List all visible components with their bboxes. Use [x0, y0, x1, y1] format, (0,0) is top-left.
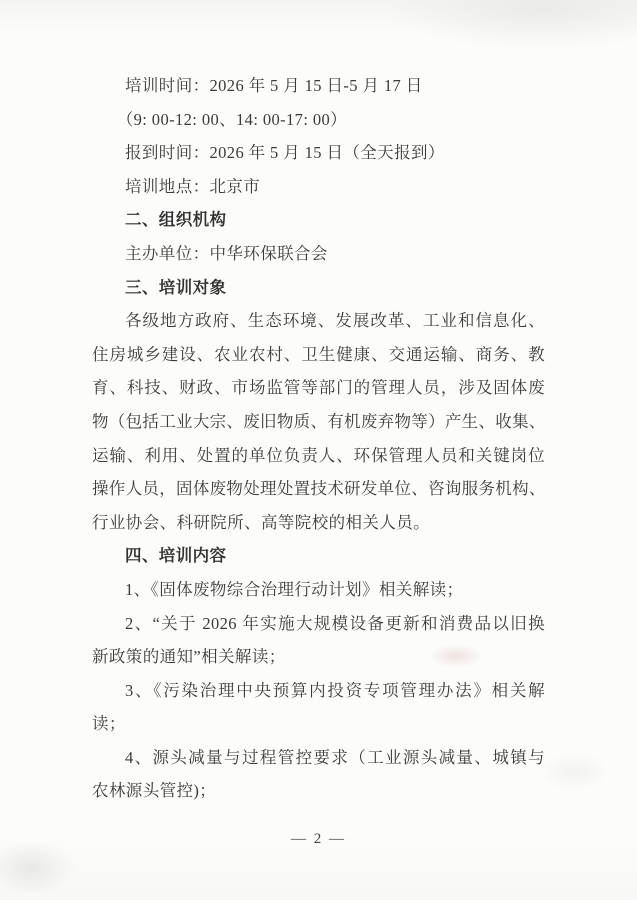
para-audience-line-3: 育、科技、财政、市场监管等部门的管理人员，涉及固体废 [92, 371, 545, 405]
scan-smudge [0, 840, 76, 896]
content-item-2-line-2: 新政策的通知”相关解读； [92, 640, 545, 674]
line-training-hours: （9: 00-12: 00、14: 00-17: 00） [92, 103, 545, 137]
content-item-3-line-2: 读； [92, 707, 545, 741]
heading-section-3-audience: 三、培训对象 [92, 271, 545, 305]
line-training-location: 培训地点：北京市 [92, 170, 545, 204]
para-audience-line-5: 运输、利用、处置的单位负责人、环保管理人员和关键岗位 [92, 439, 545, 473]
para-audience-line-1: 各级地方政府、生态环境、发展改革、工业和信息化、 [92, 304, 545, 338]
content-item-3-line-1: 3、《污染治理中央预算内投资专项管理办法》相关解 [92, 674, 545, 708]
content-item-2-line-1: 2、“关于 2026 年实施大规模设备更新和消费品以旧换 [92, 607, 545, 641]
para-audience-line-4: 物（包括工业大宗、废旧物质、有机废弃物等）产生、收集、 [92, 405, 545, 439]
heading-section-2-organization: 二、组织机构 [92, 203, 545, 237]
page-number: — 2 — [0, 831, 637, 848]
document-body: 培训时间：2026 年 5 月 15 日-5 月 17 日 （9: 00-12:… [92, 69, 545, 808]
para-audience-line-2: 住房城乡建设、农业农村、卫生健康、交通运输、商务、教 [92, 338, 545, 372]
scan-smudge [540, 752, 610, 792]
heading-section-4-content: 四、培训内容 [92, 539, 545, 573]
para-audience-line-6: 操作人员，固体废物处理处置技术研发单位、咨询服务机构、 [92, 472, 545, 506]
line-training-time: 培训时间：2026 年 5 月 15 日-5 月 17 日 [92, 69, 545, 103]
line-organizer: 主办单位：中华环保联合会 [92, 237, 545, 271]
para-audience-line-7: 行业协会、科研院所、高等院校的相关人员。 [92, 506, 545, 540]
document-page: 培训时间：2026 年 5 月 15 日-5 月 17 日 （9: 00-12:… [0, 0, 637, 900]
line-registration-time: 报到时间：2026 年 5 月 15 日（全天报到） [92, 136, 545, 170]
content-item-4-line-2: 农林源头管控)； [92, 774, 545, 808]
content-item-4-line-1: 4、源头减量与过程管控要求（工业源头减量、城镇与 [92, 741, 545, 775]
content-item-1: 1、《固体废物综合治理行动计划》相关解读； [92, 573, 545, 607]
